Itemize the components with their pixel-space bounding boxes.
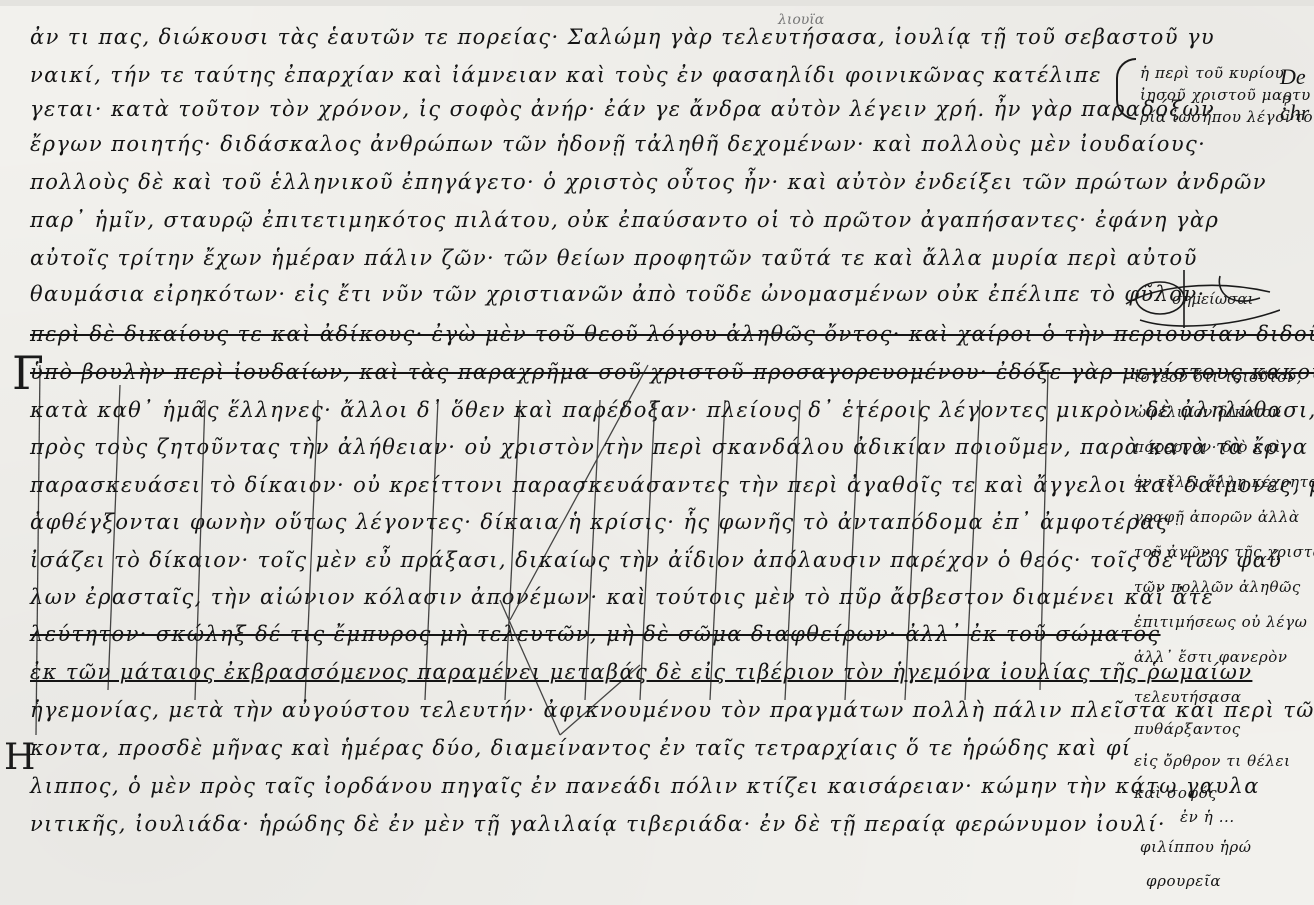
margin-note-line: πυθάρξαντος	[1134, 720, 1241, 738]
margin-note-line: ἐν τέλει ἄλλῃ κέχρηται	[1134, 473, 1314, 491]
margin-note-line: ὠφέλιμον δίκαιον	[1134, 403, 1281, 421]
margin-bracket	[1116, 58, 1136, 120]
margin-note-line: φρουρεῖα	[1146, 872, 1221, 890]
margin-note-line: φιλίππου ἡρώ	[1140, 838, 1252, 856]
margin-note-line: καὶ σοφός	[1134, 784, 1217, 802]
margin-note-line: ἡ περὶ τοῦ κυρίου	[1140, 64, 1284, 82]
margin-note-line: γραφῇ ἀπορῶν ἀλλὰ	[1134, 508, 1300, 526]
margin-note-line: ἀλλ᾽ ἔστι φανερὸν	[1134, 648, 1288, 666]
margin-note-line: τῶν πολλῶν ἀληθῶς	[1134, 578, 1301, 596]
margin-note-line: ἰστέον ὅτι τοιοῦτον,	[1134, 368, 1302, 386]
margin-note-line: πάρεργον· διὸ καὶ	[1134, 438, 1281, 456]
manuscript-page: λιουϊα ἀν τι πας, διώκουσι τὰς ἑαυτῶν τε…	[0, 0, 1314, 905]
monogram-label: σημείωσαι	[1172, 290, 1253, 308]
cancellation-lines	[0, 0, 1314, 905]
monogram-flourish: σημείωσαι	[1120, 268, 1280, 338]
latin-note: chr	[1280, 100, 1309, 126]
margin-note-line: εἰς ὄρθρον τι θέλει	[1134, 752, 1291, 770]
right-margin: ἡ περὶ τοῦ κυρίου ἰησοῦ χριστοῦ μαρτυ ρί…	[1120, 0, 1314, 905]
margin-note-line: τοῦ ἀγῶνος τῆς χριστοῦ	[1134, 543, 1314, 561]
margin-note-line: ἐπιτιμήσεως οὐ λέγω	[1134, 613, 1307, 631]
margin-note-line: τελευτήσασα	[1134, 688, 1242, 706]
margin-note-line: ἐν ἡ ...	[1180, 808, 1235, 826]
